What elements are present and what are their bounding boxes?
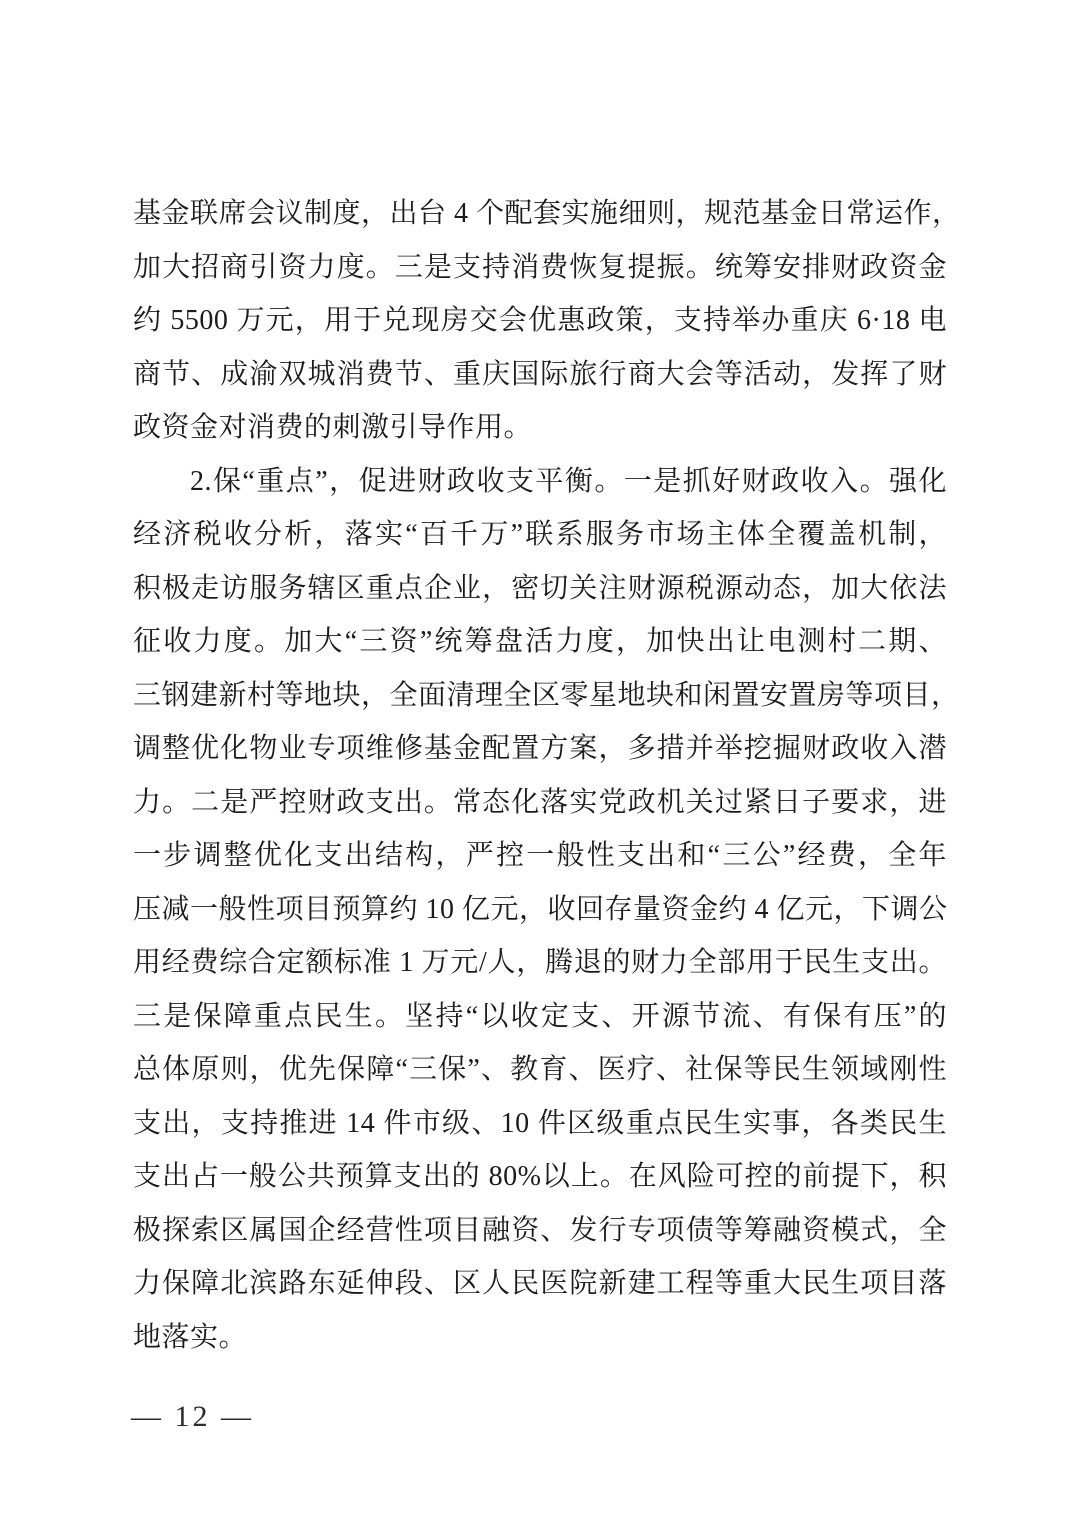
text-line: 力。二是严控财政支出。常态化落实党政机关过紧日子要求，进 bbox=[133, 776, 947, 830]
text-line: 三是保障重点民生。坚持“以收定支、开源节流、有保有压”的 bbox=[133, 990, 947, 1044]
document-body: 基金联席会议制度，出台 4 个配套实施细则，规范基金日常运作，加大招商引资力度。… bbox=[133, 187, 947, 1364]
text-line: 地落实。 bbox=[133, 1311, 947, 1365]
text-line: 力保障北滨路东延伸段、区人民医院新建工程等重大民生项目落 bbox=[133, 1257, 947, 1311]
text-line: 加大招商引资力度。三是支持消费恢复提振。统筹安排财政资金 bbox=[133, 241, 947, 295]
text-line: 商节、成渝双城消费节、重庆国际旅行商大会等活动，发挥了财 bbox=[133, 348, 947, 402]
text-line: 基金联席会议制度，出台 4 个配套实施细则，规范基金日常运作， bbox=[133, 187, 947, 241]
text-line: 三钢建新村等地块，全面清理全区零星地块和闲置安置房等项目， bbox=[133, 669, 947, 723]
text-line: 经济税收分析，落实“百千万”联系服务市场主体全覆盖机制， bbox=[133, 508, 947, 562]
paragraph: 2.保“重点”，促进财政收支平衡。一是抓好财政收入。强化经济税收分析，落实“百千… bbox=[133, 455, 947, 1365]
text-line: 用经费综合定额标准 1 万元/人，腾退的财力全部用于民生支出。 bbox=[133, 936, 947, 990]
text-line: 积极走访服务辖区重点企业，密切关注财源税源动态，加大依法 bbox=[133, 562, 947, 616]
page-number: — 12 — bbox=[131, 1392, 254, 1442]
text-line: 政资金对消费的刺激引导作用。 bbox=[133, 401, 947, 455]
text-line: 压减一般性项目预算约 10 亿元，收回存量资金约 4 亿元，下调公 bbox=[133, 883, 947, 937]
paragraph: 基金联席会议制度，出台 4 个配套实施细则，规范基金日常运作，加大招商引资力度。… bbox=[133, 187, 947, 455]
text-line: 一步调整优化支出结构，严控一般性支出和“三公”经费，全年 bbox=[133, 829, 947, 883]
text-line: 征收力度。加大“三资”统筹盘活力度，加快出让电测村二期、 bbox=[133, 615, 947, 669]
text-line: 支出占一般公共预算支出的 80%以上。在风险可控的前提下，积 bbox=[133, 1150, 947, 1204]
text-line: 约 5500 万元，用于兑现房交会优惠政策，支持举办重庆 6·18 电 bbox=[133, 294, 947, 348]
text-line: 总体原则，优先保障“三保”、教育、医疗、社保等民生领域刚性 bbox=[133, 1043, 947, 1097]
text-line: 极探索区属国企经营性项目融资、发行专项债等筹融资模式，全 bbox=[133, 1204, 947, 1258]
text-line: 支出，支持推进 14 件市级、10 件区级重点民生实事，各类民生 bbox=[133, 1097, 947, 1151]
text-line: 调整优化物业专项维修基金配置方案，多措并举挖掘财政收入潜 bbox=[133, 722, 947, 776]
text-line: 2.保“重点”，促进财政收支平衡。一是抓好财政收入。强化 bbox=[133, 455, 947, 509]
document-page: 基金联席会议制度，出台 4 个配套实施细则，规范基金日常运作，加大招商引资力度。… bbox=[0, 0, 1074, 1520]
